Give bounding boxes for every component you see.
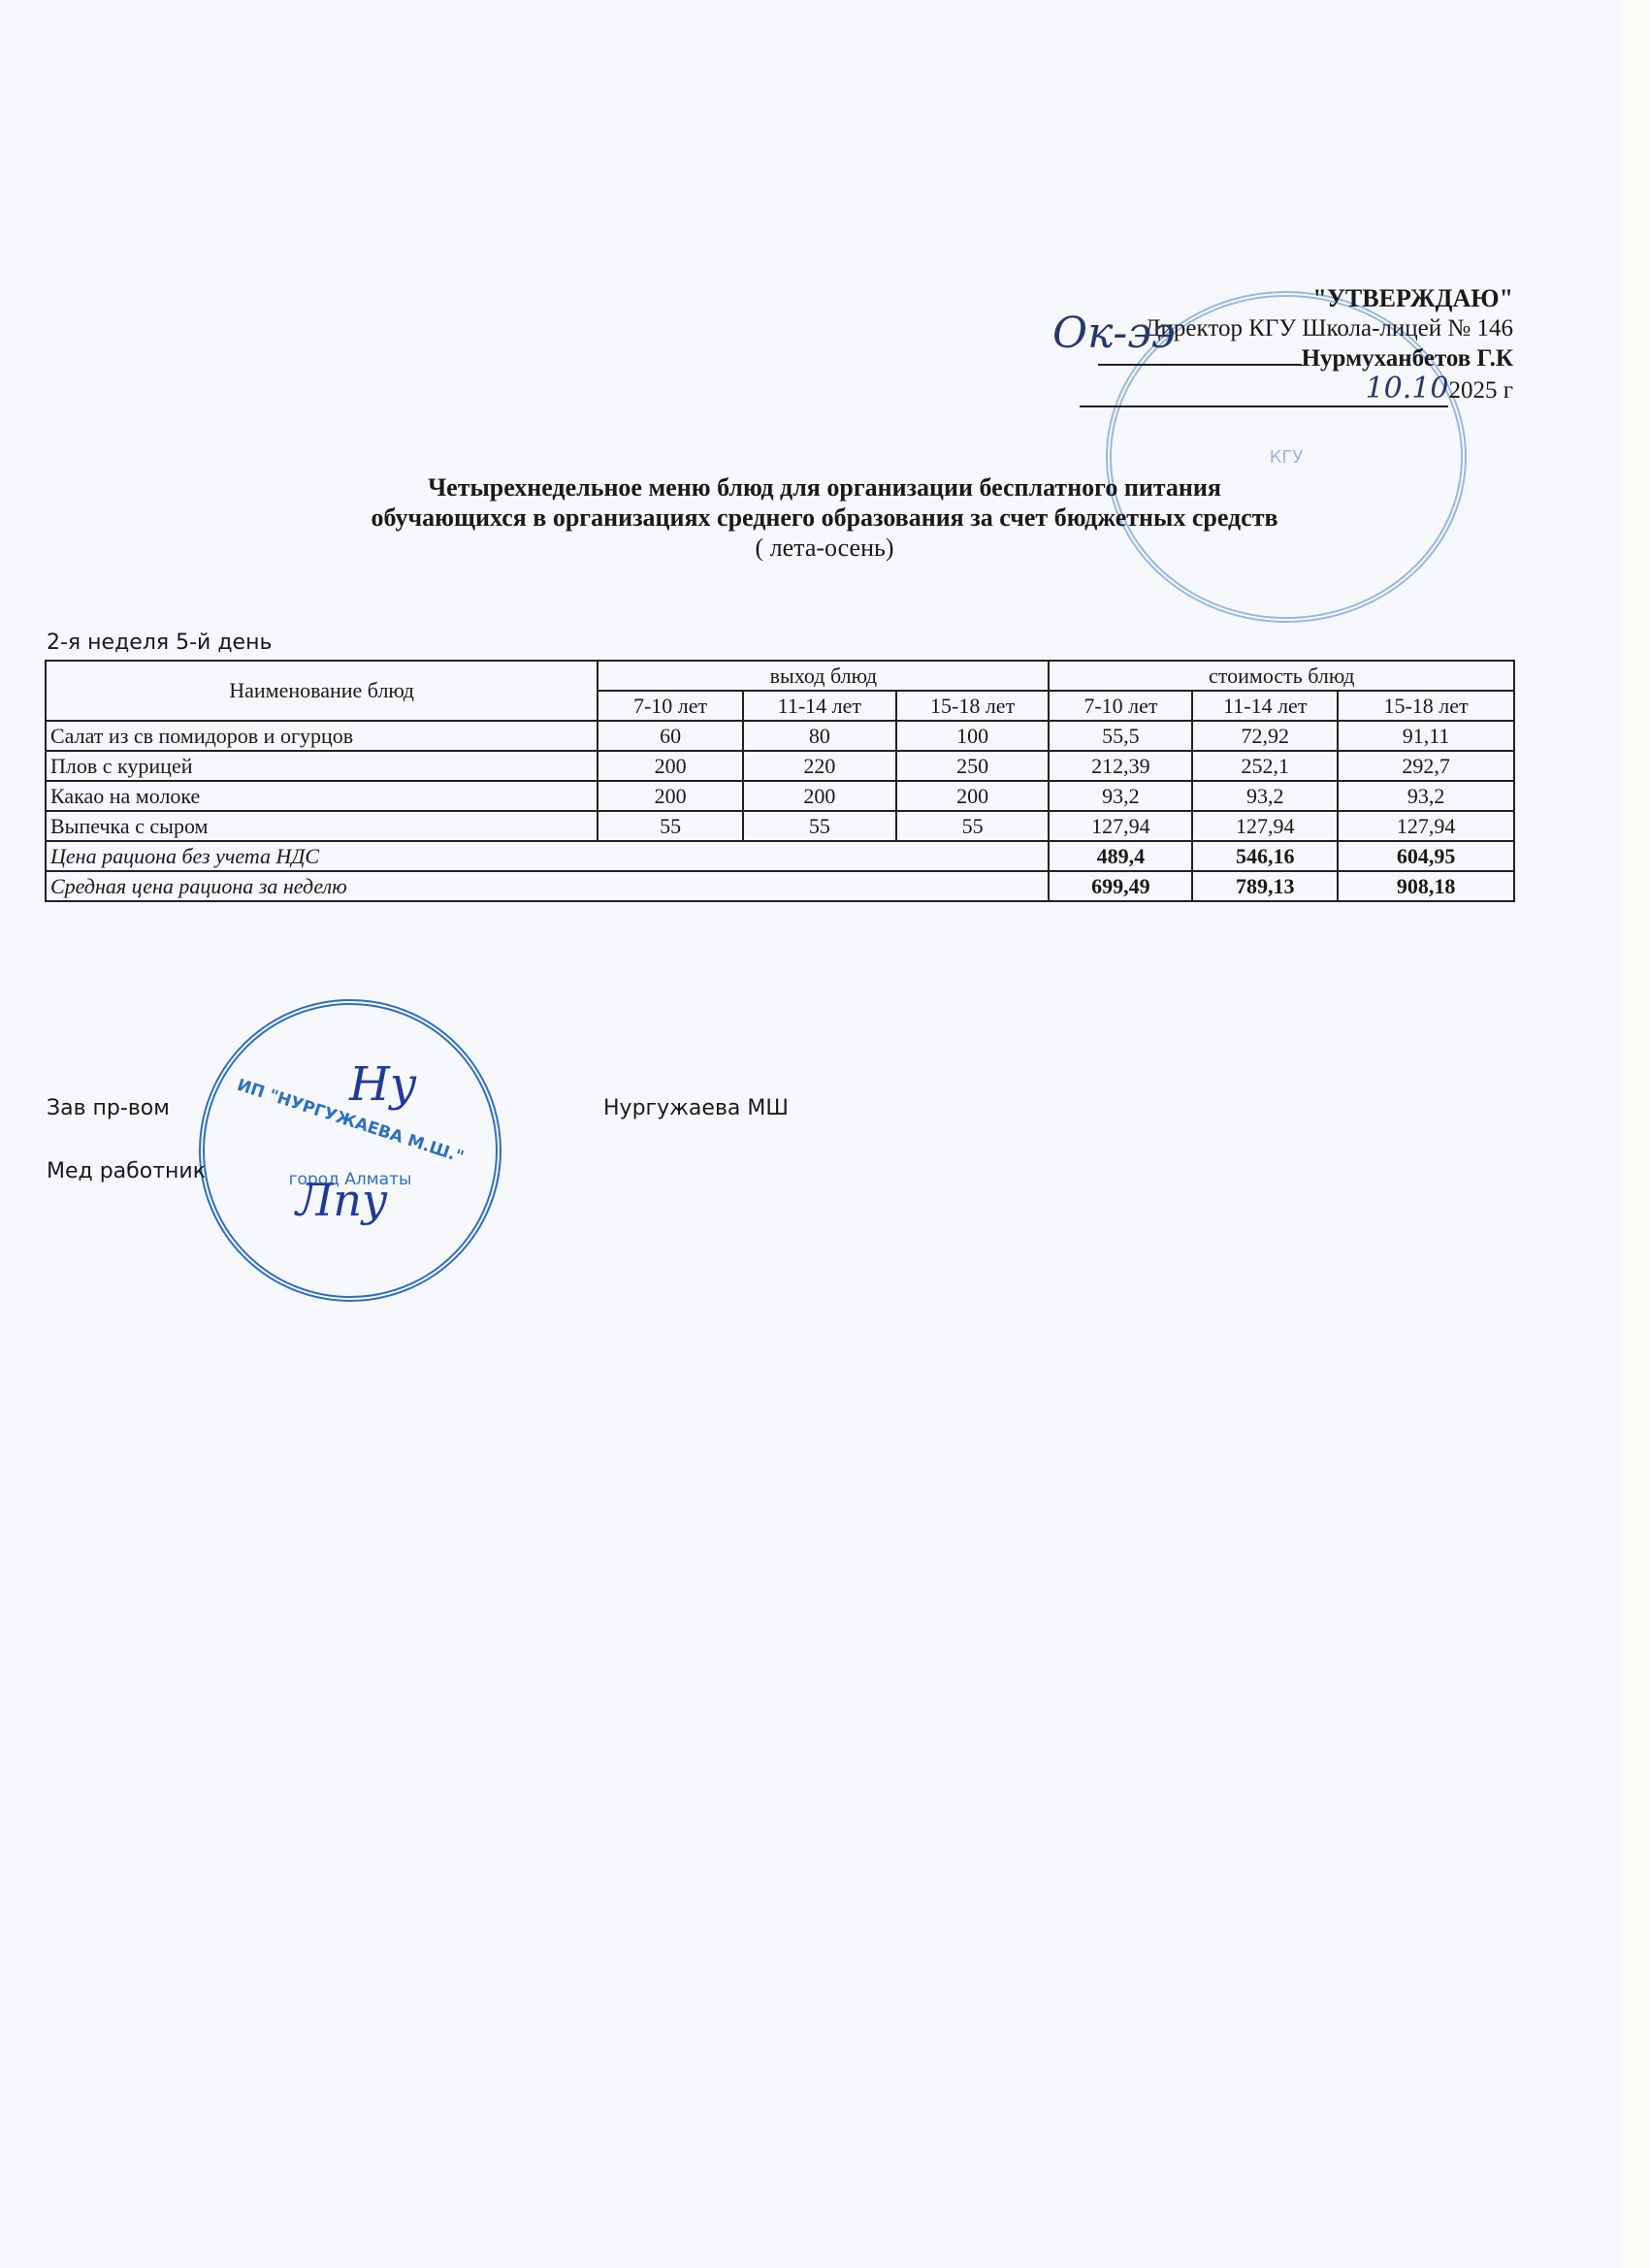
yield-cell: 55 (896, 811, 1050, 841)
cost-cell: 93,2 (1338, 781, 1514, 811)
cost-cell: 127,94 (1192, 811, 1338, 841)
cost-cell: 72,92 (1192, 721, 1338, 751)
school-stamp-text: КГУ (1270, 447, 1304, 468)
week-day-label: 2-я неделя 5-й день (47, 631, 272, 655)
handwritten-date: 10.10 (1366, 372, 1449, 405)
table-row: Салат из св помидоров и огурцов608010055… (46, 721, 1514, 751)
summary-label: Средная цена рациона за неделю (46, 871, 1049, 901)
yield-cell: 100 (896, 721, 1050, 751)
header-age: 11-14 лет (1192, 691, 1338, 721)
cost-cell: 252,1 (1192, 751, 1338, 781)
yield-cell: 55 (743, 811, 896, 841)
approval-name: Нурмуханбетов Г.К (1302, 345, 1513, 372)
yield-cell: 200 (598, 751, 743, 781)
header-age: 15-18 лет (1338, 691, 1514, 721)
summary-value: 789,13 (1192, 871, 1338, 901)
table-row: Плов с курицей200220250212,39252,1292,7 (46, 751, 1514, 781)
scan-edge (1622, 0, 1649, 2268)
cost-cell: 127,94 (1338, 811, 1514, 841)
table-row: Выпечка с сыром555555127,94127,94127,94 (46, 811, 1514, 841)
cost-cell: 212,39 (1049, 751, 1192, 781)
title-line-1: Четырехнедельное меню блюд для организац… (0, 472, 1649, 502)
cost-cell: 93,2 (1049, 781, 1192, 811)
header-cost: стоимость блюд (1049, 661, 1514, 691)
yield-cell: 200 (743, 781, 896, 811)
manager-label: Зав пр-вом (47, 1096, 170, 1120)
header-age: 7-10 лет (598, 691, 743, 721)
yield-cell: 55 (598, 811, 743, 841)
summary-label: Цена рациона без учета НДС (46, 841, 1049, 871)
header-age: 7-10 лет (1049, 691, 1192, 721)
medic-label: Мед работник (47, 1159, 206, 1183)
summary-value: 604,95 (1338, 841, 1514, 871)
cost-cell: 93,2 (1192, 781, 1338, 811)
manager-name: Нургужаева МШ (603, 1096, 789, 1120)
table-row: Какао на молоке20020020093,293,293,2 (46, 781, 1514, 811)
header-age: 11-14 лет (743, 691, 896, 721)
director-signature: Ок-ээ (1052, 308, 1176, 358)
dish-name: Салат из св помидоров и огурцов (46, 721, 598, 751)
yield-cell: 220 (743, 751, 896, 781)
cost-cell: 55,5 (1049, 721, 1192, 751)
menu-table: Наименование блюд выход блюд стоимость б… (45, 660, 1515, 902)
approval-year: 2025 г (1448, 377, 1513, 404)
cost-cell: 127,94 (1049, 811, 1192, 841)
header-dish-name: Наименование блюд (46, 661, 598, 721)
summary-value: 699,49 (1049, 871, 1192, 901)
medic-signature: Лпу (296, 1174, 388, 1226)
supplier-stamp: ИП "НУРГУЖАЕВА М.Ш." город Алматы (199, 999, 501, 1302)
yield-cell: 200 (896, 781, 1050, 811)
summary-value: 489,4 (1049, 841, 1192, 871)
dish-name: Плов с курицей (46, 751, 598, 781)
dish-name: Какао на молоке (46, 781, 598, 811)
summary-row: Цена рациона без учета НДС489,4546,16604… (46, 841, 1514, 871)
dish-name: Выпечка с сыром (46, 811, 598, 841)
yield-cell: 200 (598, 781, 743, 811)
title-season: ( лета-осень) (0, 533, 1649, 563)
cost-cell: 91,11 (1338, 721, 1514, 751)
yield-cell: 80 (743, 721, 896, 751)
summary-row: Средная цена рациона за неделю699,49789,… (46, 871, 1514, 901)
yield-cell: 60 (598, 721, 743, 751)
document-title: Четырехнедельное меню блюд для организац… (0, 472, 1649, 563)
yield-cell: 250 (896, 751, 1050, 781)
header-age: 15-18 лет (896, 691, 1050, 721)
summary-value: 546,16 (1192, 841, 1338, 871)
summary-value: 908,18 (1338, 871, 1514, 901)
cost-cell: 292,7 (1338, 751, 1514, 781)
title-line-2: обучающихся в организациях среднего обра… (0, 502, 1649, 533)
header-yield: выход блюд (598, 661, 1049, 691)
manager-signature: Ну (349, 1057, 417, 1112)
